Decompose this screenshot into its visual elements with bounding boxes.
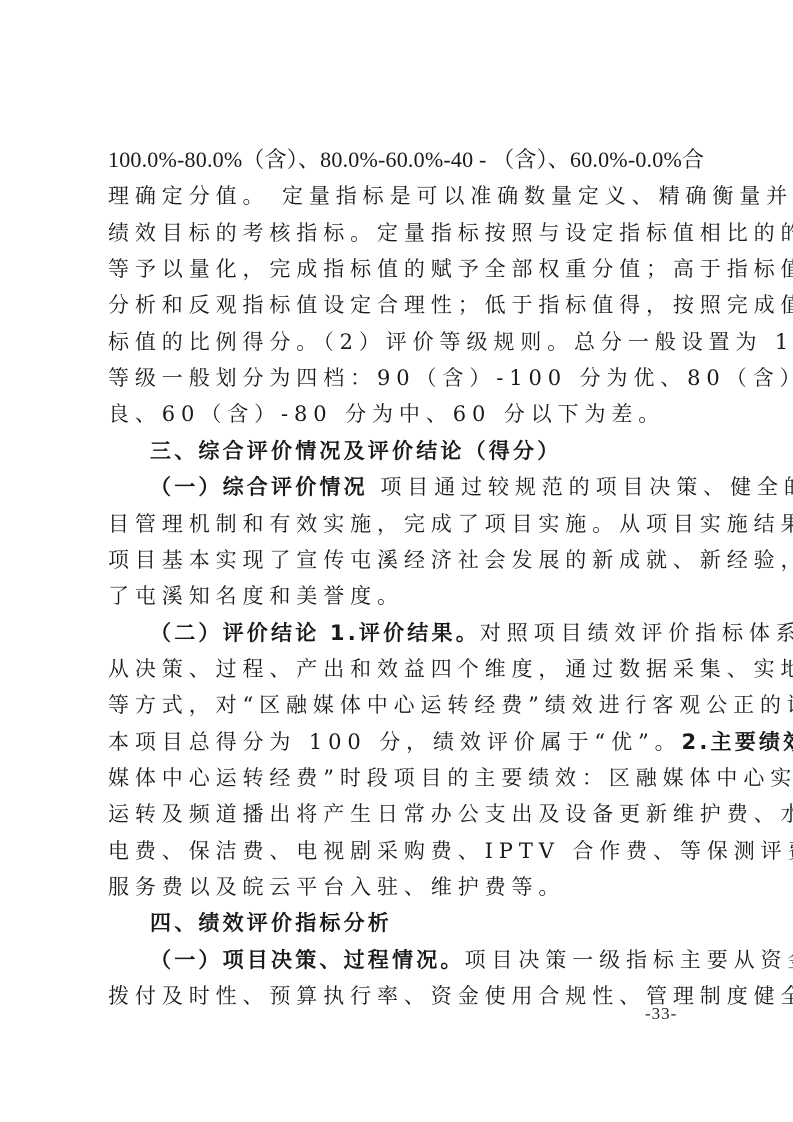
body-text-span: 本项目总得分为 100 分，绩效评价属于“优”。 [108, 730, 682, 754]
bold-heading-text: 四、绩效评价指标分析 [150, 911, 392, 935]
body-text-span: 等方式，对“区融媒体中心运转经费”绩效进行客观公正的评价， [108, 693, 793, 717]
text-line: （一）综合评价情况 项目通过较规范的项目决策、健全的项 [150, 473, 740, 501]
text-line: 目管理机制和有效实施，完成了项目实施。从项目实施结果分析， [108, 510, 698, 538]
body-text-span: 运转及频道播出将产生日常办公支出及设备更新维护费、水费、 [108, 802, 793, 826]
body-text-span: 标值的比例得分。（2）评价等级规则。总分一般设置为 100 分， [108, 330, 793, 354]
body-text-span: 等级一般划分为四档：90（含）-100 分为优、80（含）-90 分为 [108, 366, 793, 390]
document-page: 100.0%-80.0%（含）、80.0%-60.0%-40 - （含）、60.… [0, 0, 793, 1122]
body-text-span: 100.0%-80.0%（含）、80.0%-60.0%-40 - （含）、60.… [108, 147, 704, 172]
body-text-span: 项目通过较规范的项目决策、健全的项 [368, 475, 793, 499]
bold-heading-text: （一）项目决策、过程情况。 [150, 948, 465, 972]
text-line: 服务费以及皖云平台入驻、维护费等。 [108, 873, 698, 901]
text-line: 四、绩效评价指标分析 [150, 909, 740, 937]
text-line: 项目基本实现了宣传屯溪经济社会发展的新成就、新经验，提升 [108, 546, 698, 574]
body-text-span: 对照项目绩效评价指标体系， [480, 621, 793, 645]
page-number: -33- [645, 1004, 677, 1024]
body-text-span: 媒体中心运转经费”时段项目的主要绩效：区融媒体中心实现正常 [108, 766, 793, 790]
body-text-span: 绩效目标的考核指标。定量指标按照与设定指标值相比的的公式 [108, 221, 793, 245]
text-line: 等方式，对“区融媒体中心运转经费”绩效进行客观公正的评价， [108, 691, 698, 719]
body-text-span: 服务费以及皖云平台入驻、维护费等。 [108, 875, 565, 899]
body-text-span: 拨付及时性、预算执行率、资金使用合规性、管理制度健全性等 [108, 984, 793, 1008]
body-text-span: 理确定分值。 定量指标是可以准确数量定义、精确衡量并能设定 [108, 184, 793, 208]
bold-heading-text: （一）综合评价情况 [150, 475, 368, 499]
body-text-span: 项目基本实现了宣传屯溪经济社会发展的新成就、新经验，提升 [108, 548, 793, 572]
text-line: （二）评价结论 1.评价结果。对照项目绩效评价指标体系， [150, 619, 740, 647]
text-line: 本项目总得分为 100 分，绩效评价属于“优”。2.主要绩效。“区融 [108, 728, 698, 756]
body-text-span: 良、60（含）-80 分为中、60 分以下为差。 [108, 402, 665, 426]
text-line: 拨付及时性、预算执行率、资金使用合规性、管理制度健全性等 [108, 982, 698, 1010]
body-text-span: 电费、保洁费、电视剧采购费、IPTV 合作费、等保测评费、网络 [108, 839, 793, 863]
text-line: （一）项目决策、过程情况。项目决策一级指标主要从资金 [150, 946, 740, 974]
text-line: 三、综合评价情况及评价结论（得分） [150, 437, 740, 465]
body-text-span: 项目决策一级指标主要从资金 [465, 948, 793, 972]
text-line: 分析和反观指标值设定合理性；低于指标值得，按照完成值与指 [108, 291, 698, 319]
bold-heading-text: 2.主要绩效。 [682, 730, 793, 754]
body-text-span: 等予以量化，完成指标值的赋予全部权重分值；高于指标值的， [108, 257, 793, 281]
text-line: 标值的比例得分。（2）评价等级规则。总分一般设置为 100 分， [108, 328, 698, 356]
text-line: 理确定分值。 定量指标是可以准确数量定义、精确衡量并能设定 [108, 182, 698, 210]
body-text-span: 目管理机制和有效实施，完成了项目实施。从项目实施结果分析， [108, 512, 793, 536]
text-line: 良、60（含）-80 分为中、60 分以下为差。 [108, 400, 698, 428]
bold-heading-text: （二）评价结论 1.评价结果。 [150, 621, 480, 645]
text-line: 等予以量化，完成指标值的赋予全部权重分值；高于指标值的， [108, 255, 698, 283]
bold-heading-text: 三、综合评价情况及评价结论（得分） [150, 439, 561, 463]
body-text-span: 了屯溪知名度和美誉度。 [108, 584, 404, 608]
text-line: 媒体中心运转经费”时段项目的主要绩效：区融媒体中心实现正常 [108, 764, 698, 792]
text-line: 了屯溪知名度和美誉度。 [108, 582, 698, 610]
text-line: 绩效目标的考核指标。定量指标按照与设定指标值相比的的公式 [108, 219, 698, 247]
text-line: 运转及频道播出将产生日常办公支出及设备更新维护费、水费、 [108, 800, 698, 828]
text-line: 等级一般划分为四档：90（含）-100 分为优、80（含）-90 分为 [108, 364, 698, 392]
text-line: 从决策、过程、产出和效益四个维度，通过数据采集、实地调研 [108, 655, 698, 683]
text-line: 电费、保洁费、电视剧采购费、IPTV 合作费、等保测评费、网络 [108, 837, 698, 865]
body-text-span: 分析和反观指标值设定合理性；低于指标值得，按照完成值与指 [108, 293, 793, 317]
text-line: 100.0%-80.0%（含）、80.0%-60.0%-40 - （含）、60.… [108, 146, 698, 174]
body-text-span: 从决策、过程、产出和效益四个维度，通过数据采集、实地调研 [108, 657, 793, 681]
